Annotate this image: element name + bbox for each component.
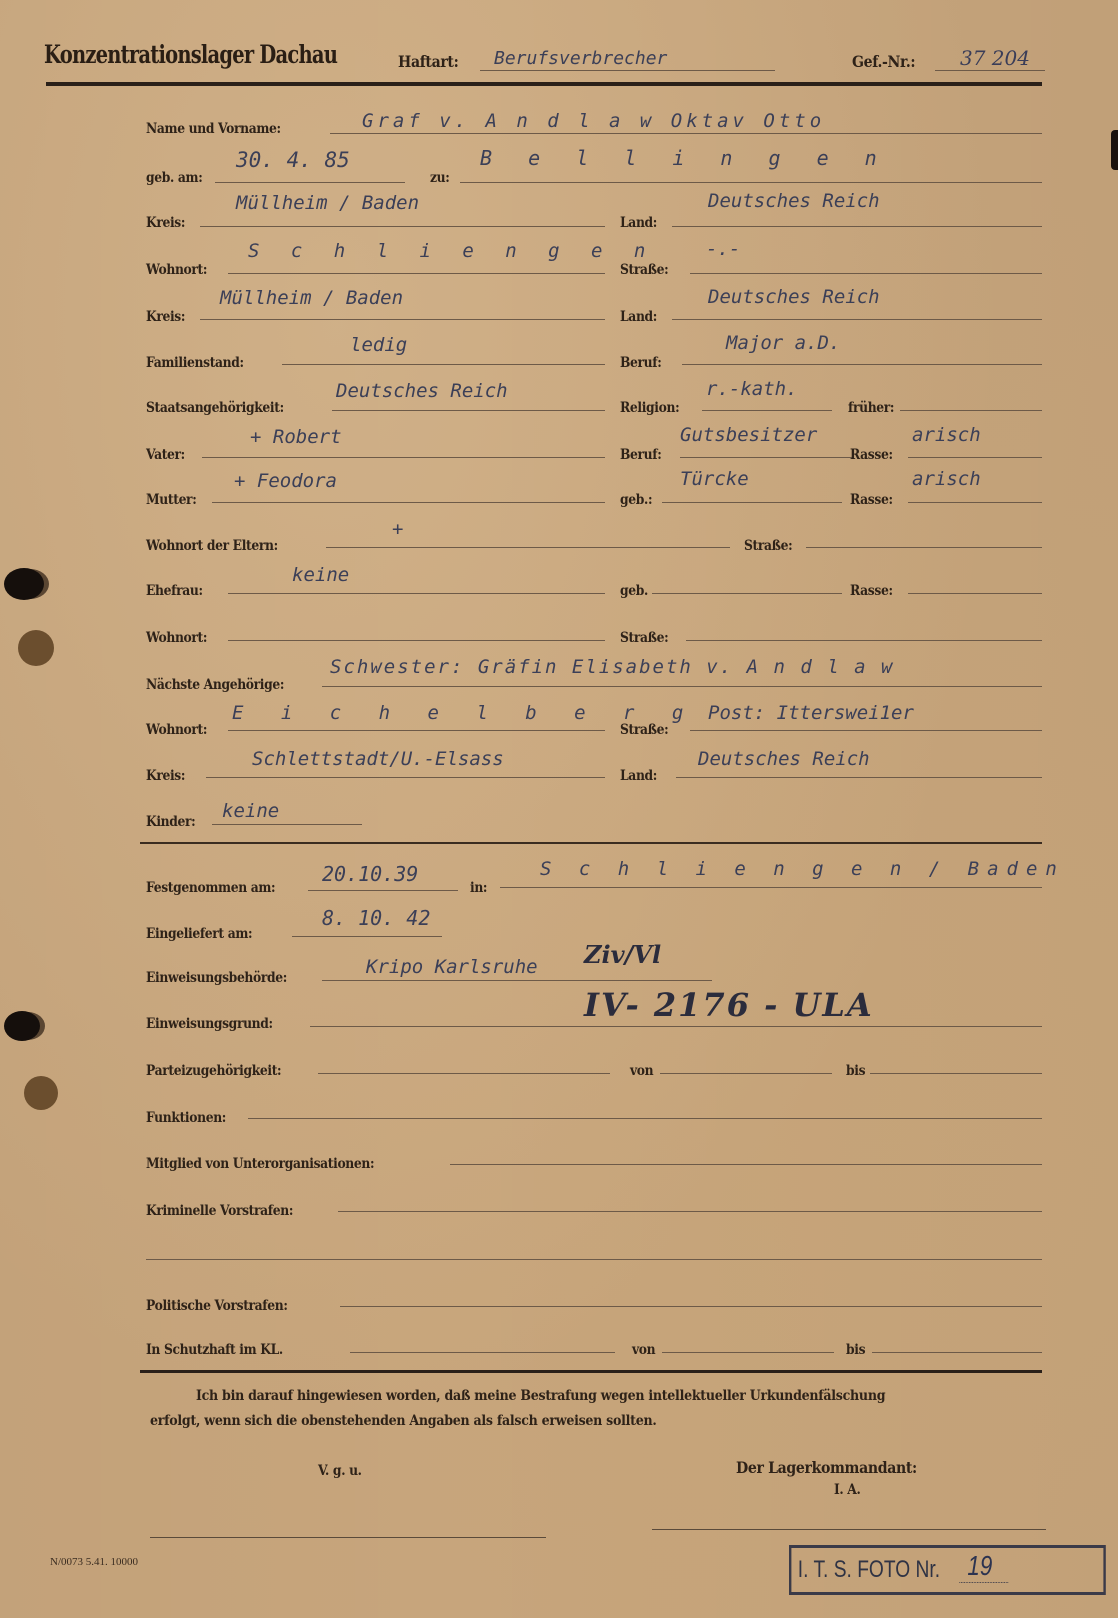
mutter-geb-label: geb.: (620, 492, 652, 508)
mutter-geb-value: Türcke (680, 468, 749, 490)
name-label: Name und Vorname: (146, 121, 281, 137)
angehoerige-strasse-line (690, 730, 1042, 731)
kriminelle-vorstrafen-line-2 (146, 1259, 1042, 1260)
wohnort-label: Wohnort: (146, 262, 207, 278)
gef-nr-label: Gef.-Nr.: (852, 52, 915, 71)
ehefrau-strasse-line (686, 640, 1042, 641)
staatsangehoerigkeit-label: Staatsangehörigkeit: (146, 400, 284, 416)
naechste-angehoerige-line (322, 686, 1042, 687)
geb-am-value: 30. 4. 85 (236, 148, 350, 172)
its-foto-stamp: I. T. S. FOTO Nr. 19 (789, 1545, 1106, 1595)
vater-beruf-label: Beruf: (620, 447, 661, 463)
ehefrau-wohnort-line (228, 640, 605, 641)
gef-nr-line (935, 70, 1045, 71)
religion-value: r.-kath. (706, 378, 798, 400)
vater-rasse-value: arisch (912, 424, 981, 446)
vater-rasse-line (908, 457, 1042, 458)
wohnort-line (228, 273, 605, 274)
beruf-value: Major a.D. (726, 332, 840, 354)
festgenommen-value: 20.10.39 (322, 862, 418, 886)
mutter-rasse-label: Rasse: (850, 492, 893, 508)
ehefrau-strasse-label: Straße: (620, 630, 668, 646)
in-label: in: (470, 880, 487, 896)
einweisungsbehoerde-label: Einweisungsbehörde: (146, 970, 287, 986)
wohnort-eltern-line (326, 547, 730, 548)
punch-hole (4, 1011, 40, 1041)
beruf-line (682, 364, 1042, 365)
mutter-rasse-value: arisch (912, 468, 981, 490)
in-line (500, 887, 1042, 888)
funktionen-line (248, 1118, 1042, 1119)
ehefrau-wohnort-label: Wohnort: (146, 630, 207, 646)
mutter-label: Mutter: (146, 492, 196, 508)
angehoerige-land-line (676, 777, 1042, 778)
politische-vorstrafen-line (340, 1306, 1042, 1307)
angehoerige-land-value: Deutsches Reich (698, 748, 870, 770)
angehoerige-wohnort-label: Wohnort: (146, 722, 207, 738)
declaration-line-2: erfolgt, wenn sich die obenstehenden Ang… (150, 1413, 656, 1429)
frueher-label: früher: (848, 400, 894, 416)
header-rule (46, 82, 1042, 86)
land1-value: Deutsches Reich (708, 190, 880, 212)
vater-beruf-value: Gutsbesitzer (680, 424, 817, 446)
zu-label: zu: (430, 170, 449, 186)
schutzhaft-von-label: von (632, 1342, 655, 1358)
angehoerige-kreis-value: Schlettstadt/U.-Elsass (252, 748, 504, 770)
strasse-value: -.- (706, 238, 740, 260)
staatsangehoerigkeit-value: Deutsches Reich (336, 380, 508, 402)
wohnort-eltern-label: Wohnort der Eltern: (146, 538, 278, 554)
kriminelle-vorstrafen-label: Kriminelle Vorstrafen: (146, 1203, 293, 1219)
strasse-eltern-line (806, 547, 1042, 548)
einweisungsgrund-line (310, 1026, 1042, 1027)
name-value: Graf v. A n d l a w Oktav Otto (362, 110, 825, 132)
land2-label: Land: (620, 309, 657, 325)
kriminelle-vorstrafen-line (338, 1211, 1042, 1212)
mutter-value: + Feodora (234, 470, 337, 492)
ehefrau-value: keine (292, 564, 349, 586)
partei-bis-label: bis (846, 1063, 865, 1079)
angehoerige-wohnort-line (228, 730, 605, 731)
naechste-angehoerige-value: Schwester: Gräfin Elisabeth v. A n d l a… (330, 656, 894, 678)
vater-rasse-label: Rasse: (850, 447, 893, 463)
kreis2-value: Müllheim / Baden (220, 287, 403, 309)
frueher-line (900, 410, 1042, 411)
vater-label: Vater: (146, 447, 185, 463)
ehefrau-geb-line (652, 593, 842, 594)
strasse-eltern-label: Straße: (744, 538, 792, 554)
partei-bis-line (870, 1073, 1042, 1074)
in-value: S c h l i e n g e n / Baden (540, 858, 1065, 880)
familienstand-line (282, 364, 605, 365)
einweisungsgrund-label: Einweisungsgrund: (146, 1016, 273, 1032)
strasse-label: Straße: (620, 262, 668, 278)
einweisungsbehoerde-handwritten: Ziv/Vl (584, 940, 661, 969)
mitglied-label: Mitglied von Unterorganisationen: (146, 1156, 374, 1172)
stamp-label: I. T. S. FOTO Nr. (798, 1556, 940, 1584)
kreis1-line (200, 226, 605, 227)
kreis1-value: Müllheim / Baden (236, 192, 419, 214)
einweisungsbehoerde-line (322, 980, 712, 981)
schutzhaft-bis-line (872, 1352, 1042, 1353)
eingeliefert-line (292, 936, 442, 937)
eingeliefert-label: Eingeliefert am: (146, 926, 252, 942)
schutzhaft-label: In Schutzhaft im KL. (146, 1342, 283, 1358)
stamp-number: 19 (959, 1550, 1008, 1583)
vater-beruf-line (680, 457, 852, 458)
einweisungsgrund-handwritten: IV- 2176 - ULA (584, 986, 874, 1024)
wohnort-eltern-value: + (392, 518, 403, 540)
familienstand-value: ledig (350, 334, 407, 356)
signature-line-commandant (652, 1529, 1046, 1530)
form-number: N/0073 5.41. 10000 (50, 1556, 138, 1568)
angehoerige-wohnort-value: E i c h e l b e r g (232, 702, 696, 724)
haftart-line (480, 70, 775, 71)
schutzhaft-bis-label: bis (846, 1342, 865, 1358)
zu-value: B e l l i n g e n (480, 146, 889, 170)
punch-hole (18, 630, 54, 666)
punch-hole (4, 568, 44, 600)
mutter-geb-line (662, 502, 842, 503)
vgu-label: V. g. u. (318, 1463, 362, 1479)
land2-value: Deutsches Reich (708, 286, 880, 308)
angehoerige-strasse-value: Post: Itterswei1er (708, 702, 914, 724)
declaration-line-1: Ich bin darauf hingewiesen worden, daß m… (196, 1388, 885, 1404)
punch-hole (24, 1076, 58, 1110)
ia-label: I. A. (834, 1482, 860, 1498)
religion-label: Religion: (620, 400, 679, 416)
ehefrau-line (228, 593, 605, 594)
einweisungsbehoerde-value: Kripo Karlsruhe (366, 956, 538, 978)
parteizugehoerigkeit-line (318, 1073, 610, 1074)
angehoerige-land-label: Land: (620, 768, 657, 784)
gef-nr-value: 37 204 (960, 46, 1030, 70)
staatsangehoerigkeit-line (332, 410, 605, 411)
signature-line-prisoner (150, 1537, 546, 1538)
beruf-label: Beruf: (620, 355, 661, 371)
funktionen-label: Funktionen: (146, 1110, 226, 1126)
angehoerige-strasse-label: Straße: (620, 722, 668, 738)
kinder-value: keine (222, 800, 279, 822)
land1-label: Land: (620, 215, 657, 231)
vater-line (202, 457, 605, 458)
mutter-line (212, 502, 605, 503)
camp-title: Konzentrationslager Dachau (44, 40, 337, 69)
geb-am-label: geb. am: (146, 170, 202, 186)
parteizugehoerigkeit-label: Parteizugehörigkeit: (146, 1063, 281, 1079)
edge-mark (1111, 130, 1118, 170)
kreis2-line (200, 319, 605, 320)
festgenommen-label: Festgenommen am: (146, 880, 275, 896)
footer-rule (140, 1370, 1042, 1373)
name-line (330, 133, 1042, 134)
wohnort-value: S c h l i e n g e n (248, 240, 655, 262)
kinder-line (212, 824, 362, 825)
politische-vorstrafen-label: Politische Vorstrafen: (146, 1298, 288, 1314)
strasse-line (690, 273, 1042, 274)
geb-am-line (215, 182, 405, 183)
mitglied-line (450, 1164, 1042, 1165)
kreis1-label: Kreis: (146, 215, 185, 231)
festgenommen-line (308, 890, 458, 891)
kommandant-label: Der Lagerkommandant: (736, 1458, 917, 1477)
partei-von-label: von (630, 1063, 653, 1079)
haftart-label: Haftart: (398, 52, 458, 71)
haftart-value: Berufsverbrecher (494, 48, 667, 69)
schutzhaft-line (350, 1352, 615, 1353)
eingeliefert-value: 8. 10. 42 (322, 906, 430, 930)
kreis2-label: Kreis: (146, 309, 185, 325)
partei-von-line (660, 1073, 832, 1074)
land2-line (672, 319, 1042, 320)
angehoerige-kreis-label: Kreis: (146, 768, 185, 784)
ehefrau-geb-label: geb. (620, 583, 648, 599)
land1-line (672, 226, 1042, 227)
schutzhaft-von-line (662, 1352, 834, 1353)
vater-value: + Robert (250, 426, 342, 448)
mutter-rasse-line (908, 502, 1042, 503)
angehoerige-kreis-line (206, 777, 605, 778)
zu-line (460, 182, 1042, 183)
ehefrau-rasse-line (908, 593, 1042, 594)
ehefrau-label: Ehefrau: (146, 583, 203, 599)
familienstand-label: Familienstand: (146, 355, 244, 371)
religion-line (702, 410, 832, 411)
kinder-label: Kinder: (146, 814, 195, 830)
ehefrau-rasse-label: Rasse: (850, 583, 893, 599)
naechste-angehoerige-label: Nächste Angehörige: (146, 677, 284, 693)
section-rule (140, 842, 1042, 844)
